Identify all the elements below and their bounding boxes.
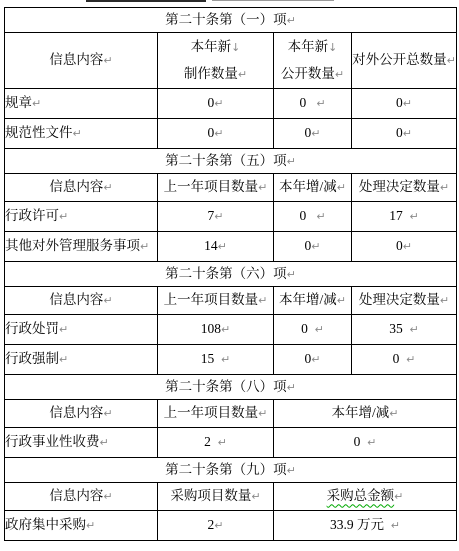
paragraph-mark-icon: ↵: [258, 294, 267, 307]
value-cell: 7↵: [158, 202, 274, 232]
paragraph-mark-icon: ↵: [447, 54, 456, 67]
value-cell: 14↵: [158, 232, 274, 262]
value-cell: 15 ↵: [158, 345, 274, 375]
section-title-text: 第二十条第（五）项: [165, 153, 287, 168]
value-cell: 17 ↵: [352, 202, 457, 232]
paragraph-mark-icon: ↵: [311, 127, 320, 140]
paragraph-mark-icon: ↵: [311, 240, 320, 253]
row-label-text: 规范性文件: [5, 125, 73, 140]
column-header: 本年增/减↵: [274, 400, 457, 428]
paragraph-mark-icon: ↵: [394, 490, 403, 503]
column-header-text: 本年新: [191, 39, 232, 54]
row-label-text: 规章: [5, 95, 32, 110]
row-label-text: 行政强制: [5, 351, 59, 366]
table-row: 行政处罚↵ 108↵ 0 ↵ 35 ↵: [5, 315, 457, 345]
paragraph-mark-icon: ↵: [59, 323, 68, 336]
row-label-text: 行政许可: [5, 208, 59, 223]
paragraph-mark-icon: ↵: [103, 54, 112, 67]
row-label-text: 其他对外管理服务事项: [5, 238, 140, 253]
paragraph-mark-icon: ↵: [218, 240, 227, 253]
column-header-text: 制作数量: [184, 66, 238, 81]
value-cell: 35 ↵: [352, 315, 457, 345]
column-header: 信息内容↵: [5, 483, 158, 511]
table-row: 其他对外管理服务事项↵ 14↵ 0↵ 0↵: [5, 232, 457, 262]
column-header: 本年新↓ 公开数量↵: [274, 33, 352, 89]
line-break-icon: ↓: [328, 41, 337, 54]
column-header: 信息内容↵: [5, 287, 158, 315]
paragraph-mark-icon: ↵: [406, 353, 415, 366]
row-label: 行政处罚↵: [5, 315, 158, 345]
paragraph-mark-icon: ↵: [287, 464, 296, 477]
column-header-text: 信息内容: [49, 405, 103, 420]
paragraph-mark-icon: ↵: [214, 519, 223, 532]
value-cell: 0↵: [352, 232, 457, 262]
cell-value: 35: [389, 321, 409, 336]
paragraph-mark-icon: ↵: [251, 490, 260, 503]
row-label-text: 政府集中采购: [5, 517, 86, 532]
cell-value: 15: [201, 351, 221, 366]
clipped-text-remnant: [86, 0, 206, 2]
column-header-text: 信息内容: [49, 179, 103, 194]
paragraph-mark-icon: ↵: [367, 436, 376, 449]
value-cell: 0↵: [158, 89, 274, 119]
value-cell: 0↵: [352, 119, 457, 149]
column-header: 上一年项目数量↵: [158, 400, 274, 428]
column-header: 处理决定数量↵: [352, 287, 457, 315]
section-title: 第二十条第（六）项↵: [5, 262, 457, 287]
paragraph-mark-icon: ↵: [238, 68, 247, 81]
value-cell: 33.9 万元 ↵: [274, 511, 457, 541]
cell-value: 0: [299, 208, 316, 223]
column-header-text: 上一年项目数量: [164, 405, 259, 420]
paragraph-mark-icon: ↵: [337, 181, 346, 194]
column-header-text: 处理决定数量: [359, 292, 440, 307]
section-title: 第二十条第（一）项↵: [5, 8, 457, 33]
paragraph-mark-icon: ↵: [258, 407, 267, 420]
value-cell: 0 ↵: [274, 202, 352, 232]
section-title-text: 第二十条第（一）项: [165, 12, 287, 27]
value-cell: 0↵: [274, 119, 352, 149]
row-label-text: 行政事业性收费: [5, 434, 100, 449]
column-header-text: 信息内容: [49, 488, 103, 503]
paragraph-mark-icon: ↵: [403, 127, 412, 140]
column-header-text: 处理决定数量: [359, 179, 440, 194]
cell-value: 33.9 万元: [330, 517, 391, 532]
paragraph-mark-icon: ↵: [214, 97, 223, 110]
value-cell: 0↵: [352, 89, 457, 119]
paragraph-mark-icon: ↵: [287, 155, 296, 168]
cell-value: 14: [204, 238, 218, 253]
table-row: 行政强制↵ 15 ↵ 0↵ 0 ↵: [5, 345, 457, 375]
paragraph-mark-icon: ↵: [440, 294, 449, 307]
cell-value: 0: [393, 351, 407, 366]
paragraph-mark-icon: ↵: [391, 519, 400, 532]
paragraph-mark-icon: ↵: [140, 240, 149, 253]
column-header: 信息内容↵: [5, 400, 158, 428]
cell-value: 108: [201, 321, 221, 336]
paragraph-mark-icon: ↵: [73, 127, 82, 140]
cell-value: 0: [396, 95, 403, 110]
section-title: 第二十条第（五）项↵: [5, 149, 457, 174]
value-cell: 0↵: [158, 119, 274, 149]
table-row: 行政事业性收费↵ 2 ↵ 0 ↵: [5, 428, 457, 458]
table-row: 政府集中采购↵ 2↵ 33.9 万元 ↵: [5, 511, 457, 541]
paragraph-mark-icon: ↵: [389, 407, 398, 420]
line-break-icon: ↓: [231, 41, 240, 54]
row-label: 规范性文件↵: [5, 119, 158, 149]
column-header-text: 上一年项目数量: [164, 292, 259, 307]
paragraph-mark-icon: ↵: [315, 323, 324, 336]
paragraph-mark-icon: ↵: [440, 181, 449, 194]
column-header-text: 信息内容: [49, 52, 103, 67]
paragraph-mark-icon: ↵: [410, 210, 419, 223]
row-label: 行政强制↵: [5, 345, 158, 375]
paragraph-mark-icon: ↵: [103, 294, 112, 307]
paragraph-mark-icon: ↵: [287, 268, 296, 281]
column-header: 处理决定数量↵: [352, 174, 457, 202]
value-cell: 2 ↵: [158, 428, 274, 458]
column-header: 本年增/减↵: [274, 174, 352, 202]
paragraph-mark-icon: ↵: [59, 353, 68, 366]
paragraph-mark-icon: ↵: [287, 381, 296, 394]
value-cell: 108↵: [158, 315, 274, 345]
column-header: 上一年项目数量↵: [158, 287, 274, 315]
row-label: 行政事业性收费↵: [5, 428, 158, 458]
cell-value: 0: [299, 95, 316, 110]
section-title-text: 第二十条第（六）项: [165, 266, 287, 281]
value-cell: 0 ↵: [352, 345, 457, 375]
paragraph-mark-icon: ↵: [100, 436, 109, 449]
table-row: 规章↵ 0↵ 0 ↵ 0↵: [5, 89, 457, 119]
column-header: 上一年项目数量↵: [158, 174, 274, 202]
value-cell: 0↵: [274, 232, 352, 262]
section-title-text: 第二十条第（八）项: [165, 379, 287, 394]
column-header-text: 本年增/减: [279, 292, 337, 307]
paragraph-mark-icon: ↵: [410, 323, 419, 336]
paragraph-mark-icon: ↵: [287, 14, 296, 27]
cell-value: 0: [396, 125, 403, 140]
row-label: 其他对外管理服务事项↵: [5, 232, 158, 262]
paragraph-mark-icon: ↵: [311, 353, 320, 366]
table-row: 规范性文件↵ 0↵ 0↵ 0↵: [5, 119, 457, 149]
column-header: 采购项目数量↵: [158, 483, 274, 511]
column-header-text: 本年新: [288, 39, 329, 54]
paragraph-mark-icon: ↵: [214, 127, 223, 140]
cell-value: 0: [354, 434, 368, 449]
column-header-text: 信息内容: [49, 292, 103, 307]
table-row: 行政许可↵ 7↵ 0 ↵ 17 ↵: [5, 202, 457, 232]
column-header: 本年新↓ 制作数量↵: [158, 33, 274, 89]
row-label-text: 行政处罚: [5, 321, 59, 336]
cell-value: 17: [389, 208, 409, 223]
paragraph-mark-icon: ↵: [258, 181, 267, 194]
document-page: 第二十条第（一）项↵ 信息内容↵ 本年新↓ 制作数量↵ 本年新↓ 公开数量↵ 对…: [0, 0, 459, 551]
paragraph-mark-icon: ↵: [221, 353, 230, 366]
paragraph-mark-icon: ↵: [403, 97, 412, 110]
column-header: 信息内容↵: [5, 174, 158, 202]
column-header-text: 本年增/减: [332, 405, 390, 420]
column-header: 对外公开总数量↵: [352, 33, 457, 89]
cell-value: 2: [204, 434, 218, 449]
column-header-text: 采购项目数量: [170, 488, 251, 503]
disclosure-table: 第二十条第（一）项↵ 信息内容↵ 本年新↓ 制作数量↵ 本年新↓ 公开数量↵ 对…: [4, 7, 457, 541]
section-title-text: 第二十条第（九）项: [165, 462, 287, 477]
paragraph-mark-icon: ↵: [403, 240, 412, 253]
column-header: 信息内容↵: [5, 33, 158, 89]
value-cell: 0 ↵: [274, 89, 352, 119]
paragraph-mark-icon: ↵: [214, 210, 223, 223]
value-cell: 0 ↵: [274, 428, 457, 458]
paragraph-mark-icon: ↵: [32, 97, 41, 110]
value-cell: 0↵: [274, 345, 352, 375]
paragraph-mark-icon: ↵: [103, 181, 112, 194]
paragraph-mark-icon: ↵: [316, 97, 325, 110]
paragraph-mark-icon: ↵: [316, 210, 325, 223]
row-label: 政府集中采购↵: [5, 511, 158, 541]
row-label: 规章↵: [5, 89, 158, 119]
paragraph-mark-icon: ↵: [59, 210, 68, 223]
paragraph-mark-icon: ↵: [103, 490, 112, 503]
paragraph-mark-icon: ↵: [335, 68, 344, 81]
column-header-text: 上一年项目数量: [164, 179, 259, 194]
row-label: 行政许可↵: [5, 202, 158, 232]
cell-value: 0: [301, 321, 315, 336]
section-title: 第二十条第（八）项↵: [5, 375, 457, 400]
column-header: 采购总金额↵: [274, 483, 457, 511]
paragraph-mark-icon: ↵: [337, 294, 346, 307]
column-header-text: 本年增/减: [279, 179, 337, 194]
clipped-text-remnant: [212, 0, 334, 1]
value-cell: 2↵: [158, 511, 274, 541]
column-header-text: 对外公开总数量: [352, 52, 447, 67]
paragraph-mark-icon: ↵: [218, 436, 227, 449]
section-title: 第二十条第（九）项↵: [5, 458, 457, 483]
paragraph-mark-icon: ↵: [103, 407, 112, 420]
column-header: 本年增/减↵: [274, 287, 352, 315]
value-cell: 0 ↵: [274, 315, 352, 345]
cell-value: 0: [396, 238, 403, 253]
paragraph-mark-icon: ↵: [221, 323, 230, 336]
column-header-text: 公开数量: [281, 66, 335, 81]
paragraph-mark-icon: ↵: [86, 519, 95, 532]
column-header-text-grammar-flagged: 采购总金额: [327, 488, 395, 503]
